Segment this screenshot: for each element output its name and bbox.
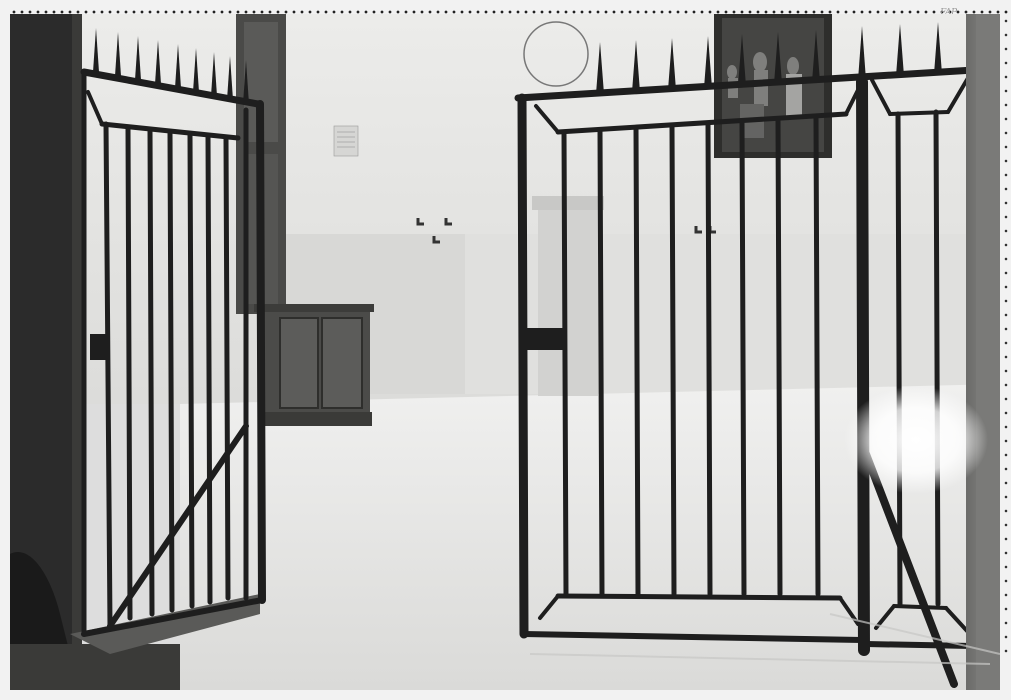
perforation-right — [1004, 14, 1008, 654]
light-glare — [844, 386, 988, 494]
photograph — [10, 14, 1000, 690]
wooden-cabinet — [254, 304, 374, 426]
photo-sheet: FAP — [0, 0, 1011, 700]
photo-scene — [10, 14, 1000, 690]
notice-sign — [334, 126, 358, 156]
